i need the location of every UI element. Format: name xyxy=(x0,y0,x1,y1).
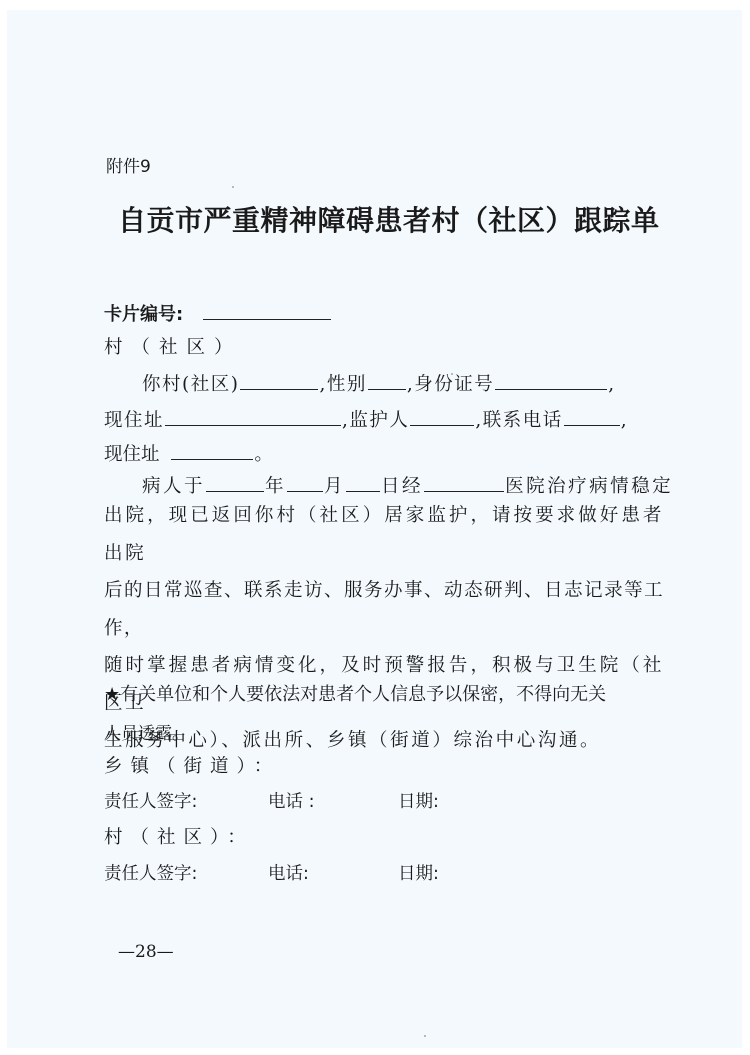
year-label: 年 xyxy=(265,476,286,497)
document-title: 自贡市严重精神障碍患者村（社区）跟踪单 xyxy=(118,199,660,239)
month-label: 月 xyxy=(324,476,345,497)
comma: , xyxy=(621,410,628,431)
body-line: 出院，现已返回你村（社区）居家监护，请按要求做好患者出院 xyxy=(104,497,664,572)
month-field[interactable] xyxy=(287,475,323,492)
confidentiality-note-cont: 人员透露。 xyxy=(104,719,189,744)
current-address-label: 现住址 xyxy=(104,444,160,465)
township-phone-label: 电话 : xyxy=(268,788,398,813)
address-field[interactable] xyxy=(165,409,341,426)
day-label: 日经 xyxy=(381,476,423,497)
discharge-line: 病人于年月日经医院治疗病情稳定 xyxy=(142,472,673,498)
body-line: 后的日常巡查、联系走访、服务办事、动态研判、日志记录等工作， xyxy=(104,572,664,647)
hospital-field[interactable] xyxy=(424,475,504,492)
card-number-label: 卡片编号: xyxy=(104,304,183,325)
guardian-label: ,监护人 xyxy=(342,410,409,431)
township-signature-row: 责任人签字:电话 :日期: xyxy=(104,788,439,813)
gender-label: ,性别 xyxy=(319,374,366,395)
info-line-3: 现住址 。 xyxy=(104,440,273,466)
id-number-field[interactable] xyxy=(495,373,607,390)
annex-label: 附件9 xyxy=(106,152,151,177)
card-number-row: 卡片编号: xyxy=(104,300,332,326)
scan-speck xyxy=(232,186,234,188)
village-signature-row: 责任人签字:电话:日期: xyxy=(104,860,439,885)
township-label: 乡镇（街道）： xyxy=(104,752,280,778)
info-line-1: 你村(社区),性别,身份证号, xyxy=(142,370,616,396)
village-signature-label: 责任人签字: xyxy=(104,860,268,885)
address-label: 现住址 xyxy=(104,410,164,431)
card-number-field[interactable] xyxy=(203,303,331,320)
scan-speck xyxy=(451,373,453,375)
confidentiality-note: ★有关单位和个人要依法对患者个人信息予以保密，不得向无关 xyxy=(104,680,606,706)
year-field[interactable] xyxy=(206,475,264,492)
phone-label: ,联系电话 xyxy=(475,410,562,431)
phone-field[interactable] xyxy=(564,409,620,426)
township-signature-label: 责任人签字: xyxy=(104,788,268,813)
scan-speck xyxy=(424,1035,426,1037)
day-field[interactable] xyxy=(346,475,380,492)
village-label: 你村(社区) xyxy=(142,374,239,395)
gender-field[interactable] xyxy=(368,373,406,390)
page-number: —28— xyxy=(118,942,174,962)
village-date-label: 日期: xyxy=(398,860,439,885)
village-phone-label: 电话: xyxy=(268,860,398,885)
guardian-field[interactable] xyxy=(410,409,474,426)
patient-on-label: 病人于 xyxy=(142,476,205,497)
id-number-label: ,身份证号 xyxy=(407,374,494,395)
village-field[interactable] xyxy=(240,373,318,390)
township-date-label: 日期: xyxy=(398,788,439,813)
village-label: 村（社区）： xyxy=(104,823,254,849)
info-line-2: 现住址,监护人,联系电话, xyxy=(104,406,628,432)
comma: , xyxy=(608,374,615,395)
hospital-label: 医院治疗病情稳定 xyxy=(505,476,673,497)
current-address-field[interactable] xyxy=(171,443,253,460)
period: 。 xyxy=(254,444,273,465)
addressee: 村（社区） xyxy=(104,333,242,359)
